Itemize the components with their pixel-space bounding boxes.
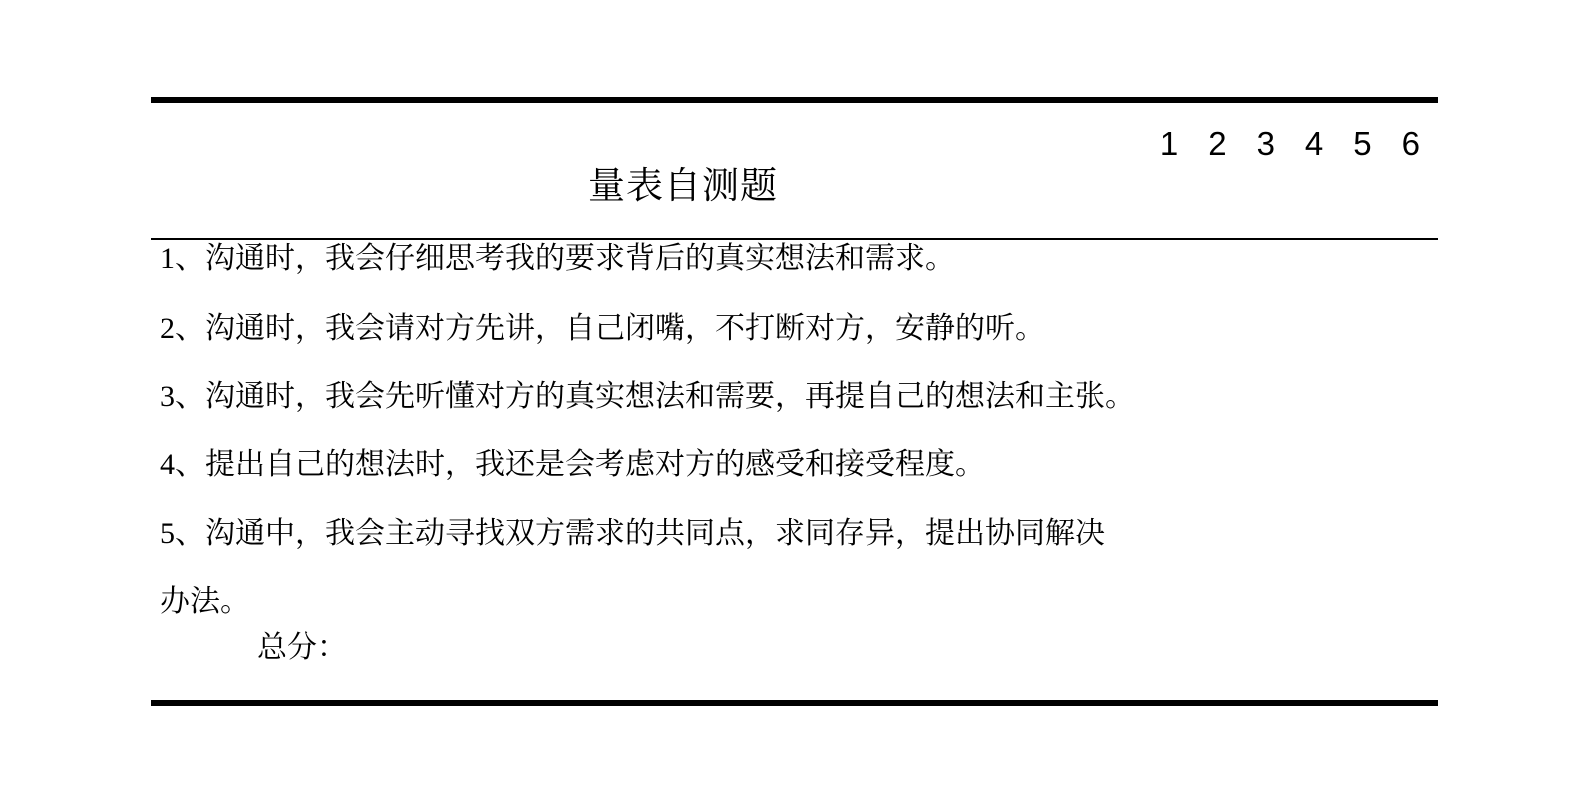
rating-scale-number-4: 4 (1305, 127, 1323, 161)
rating-scale-number-6: 6 (1402, 127, 1420, 161)
question-item-1: 1、沟通时，我会仔细思考我的要求背后的真实想法和需求。 (160, 225, 955, 293)
top-border-rule (151, 97, 1438, 103)
question-item-4: 4、提出自己的想法时，我还是会考虑对方的感受和接受程度。 (160, 431, 985, 499)
rating-scale-number-5: 5 (1353, 127, 1371, 161)
rating-scale-number-2: 2 (1208, 127, 1226, 161)
question-item-2: 2、沟通时，我会请对方先讲，自己闭嘴，不打断对方，安静的听。 (160, 295, 1045, 363)
total-score-label: 总分： (257, 616, 347, 680)
page-title: 量表自测题 (588, 167, 778, 207)
bottom-border-rule (151, 700, 1438, 706)
scale-table-frame: 1 2 3 4 5 6 量表自测题 1、沟通时，我会仔细思考我的要求背后的真实想… (151, 97, 1438, 709)
document-page: 1 2 3 4 5 6 量表自测题 1、沟通时，我会仔细思考我的要求背后的真实想… (0, 0, 1587, 808)
rating-scale-header: 1 2 3 4 5 6 (151, 127, 1438, 161)
rating-scale-number-1: 1 (1160, 127, 1178, 161)
rating-scale-number-3: 3 (1257, 127, 1275, 161)
question-item-3: 3、沟通时，我会先听懂对方的真实想法和需要，再提自己的想法和主张。 (160, 363, 1135, 431)
